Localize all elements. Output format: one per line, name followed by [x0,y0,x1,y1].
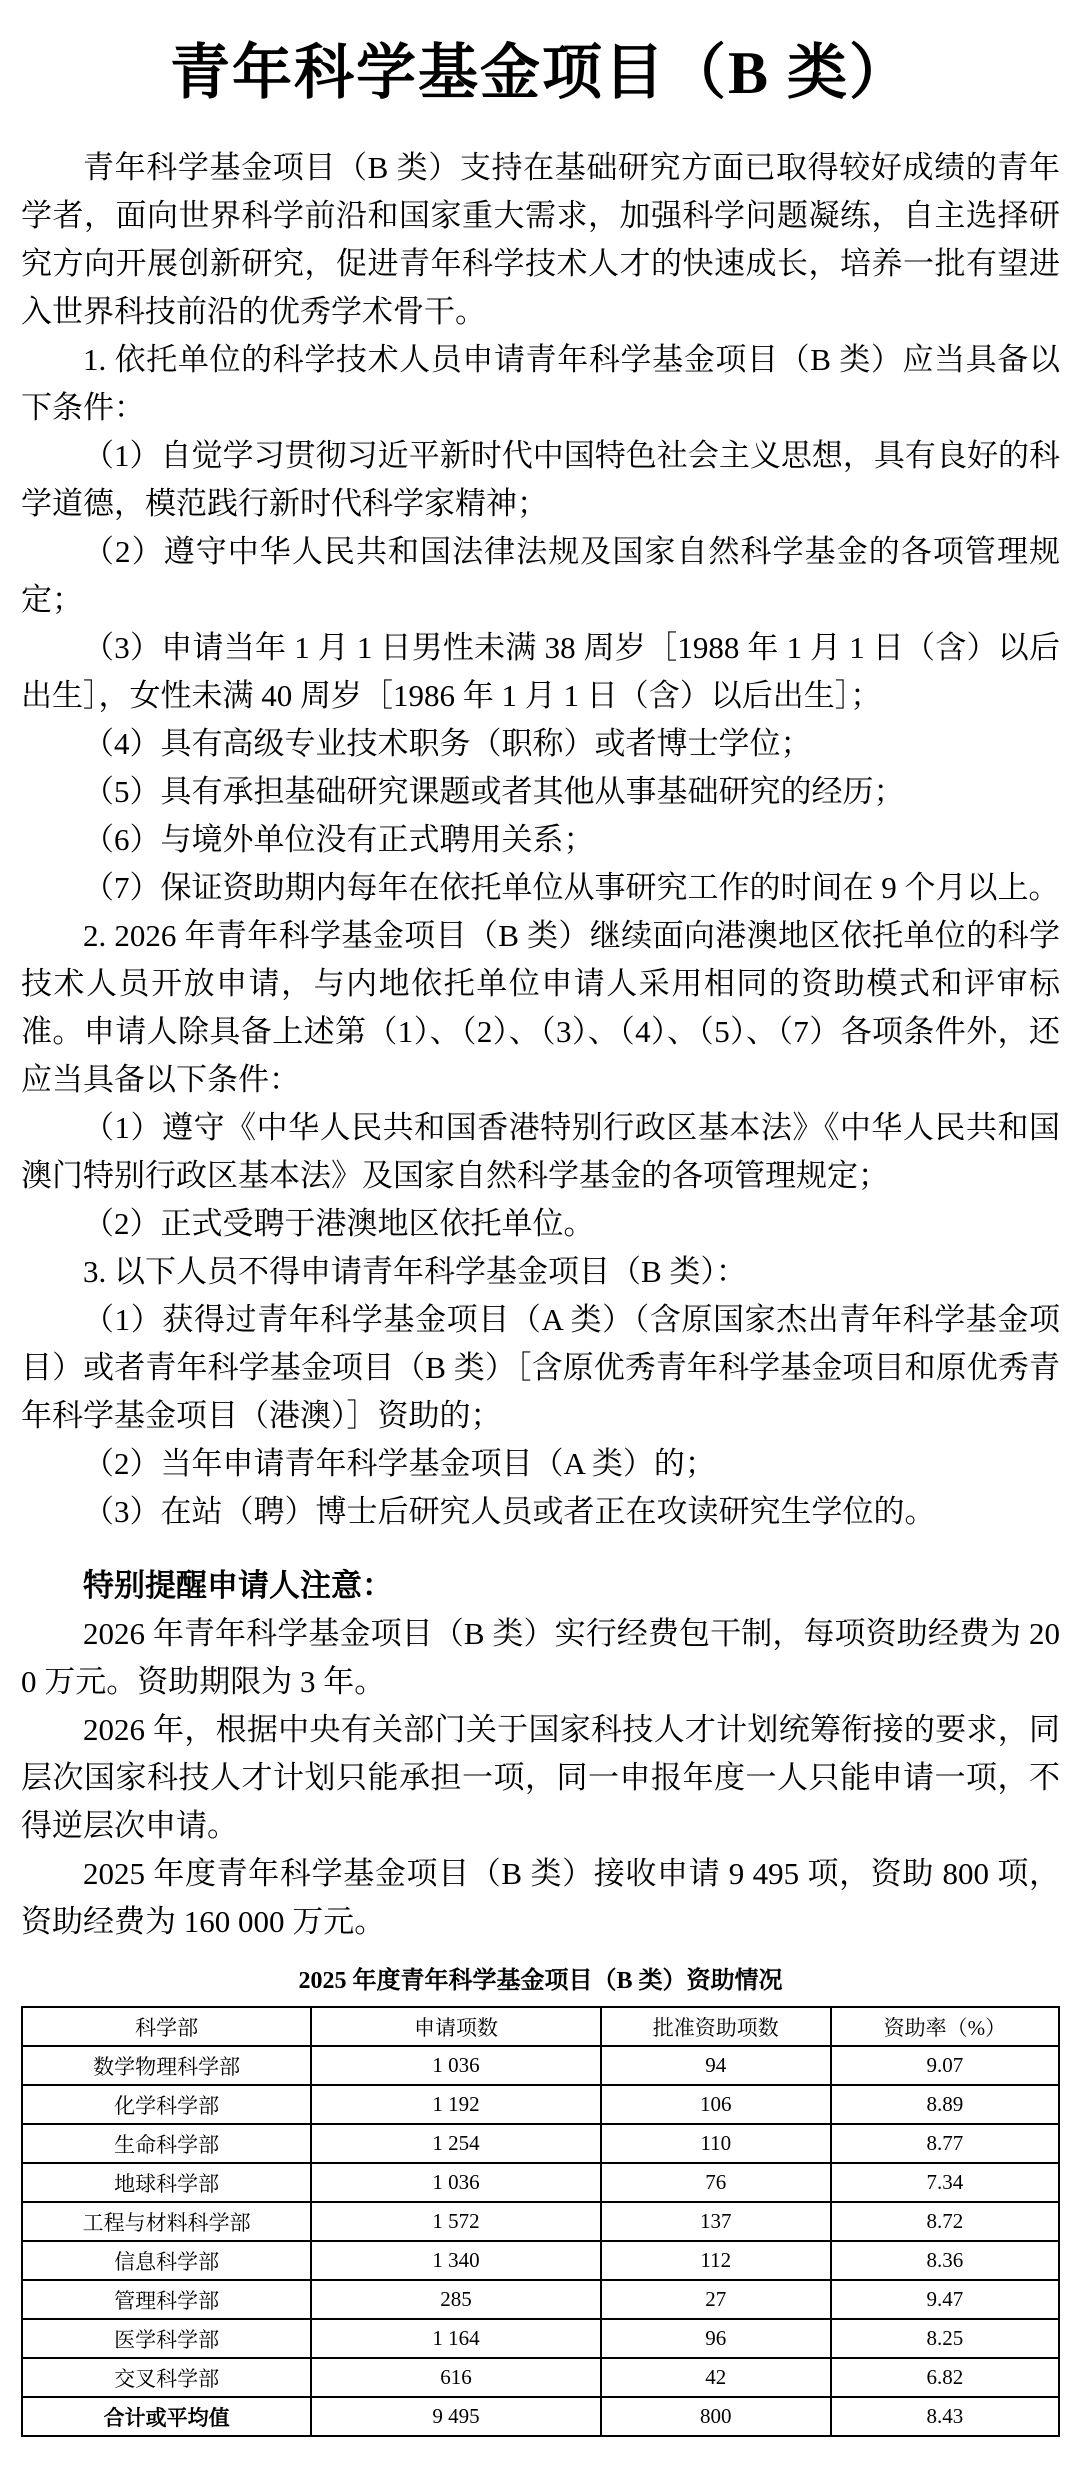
column-header: 资助率（%） [831,2007,1059,2046]
table-cell: 1 572 [311,2202,600,2241]
paragraph: 青年科学基金项目（B 类）支持在基础研究方面已取得较好成绩的青年学者，面向世界科… [21,144,1060,336]
paragraph: （2）遵守中华人民共和国法律法规及国家自然科学基金的各项管理规定； [21,528,1060,624]
funding-table-body: 数学物理科学部1 036949.07化学科学部1 1921068.89生命科学部… [22,2046,1059,2436]
table-cell row-label: 数学物理科学部 [22,2046,311,2085]
paragraph: 2025 年度青年科学基金项目（B 类）接收申请 9 495 项，资助 800 … [21,1850,1060,1946]
notice-heading: 特别提醒申请人注意： [21,1562,1060,1610]
table-row: 地球科学部1 036767.34 [22,2163,1059,2202]
header-row: 科学部申请项数批准资助项数资助率（%） [22,2007,1059,2046]
document-body: 青年科学基金项目（B 类）支持在基础研究方面已取得较好成绩的青年学者，面向世界科… [21,144,1060,1536]
table-cell row-label: 交叉科学部 [22,2358,311,2397]
table-cell: 9 495 [311,2397,600,2436]
table-row: 化学科学部1 1921068.89 [22,2085,1059,2124]
table-cell: 7.34 [831,2163,1059,2202]
table-row: 生命科学部1 2541108.77 [22,2124,1059,2163]
table-cell: 8.77 [831,2124,1059,2163]
table-cell: 1 340 [311,2241,600,2280]
table-cell row-label: 化学科学部 [22,2085,311,2124]
document-page: 青年科学基金项目（B 类） 青年科学基金项目（B 类）支持在基础研究方面已取得较… [0,30,1080,2467]
column-header: 批准资助项数 [601,2007,831,2046]
funding-table: 科学部申请项数批准资助项数资助率（%） 数学物理科学部1 036949.07化学… [21,2006,1060,2437]
table-cell: 96 [601,2319,831,2358]
table-cell: 1 192 [311,2085,600,2124]
table-cell: 8.72 [831,2202,1059,2241]
paragraph: （3）申请当年 1 月 1 日男性未满 38 周岁［1988 年 1 月 1 日… [21,624,1060,720]
table-row: 信息科学部1 3401128.36 [22,2241,1059,2280]
table-cell row-label: 管理科学部 [22,2280,311,2319]
table-cell: 76 [601,2163,831,2202]
table-cell: 1 164 [311,2319,600,2358]
table-cell row-label: 地球科学部 [22,2163,311,2202]
table-cell: 1 036 [311,2046,600,2085]
table-cell: 8.43 [831,2397,1059,2436]
table-cell: 6.82 [831,2358,1059,2397]
paragraph: （1）获得过青年科学基金项目（A 类）（含原国家杰出青年科学基金项目）或者青年科… [21,1296,1060,1440]
paragraph: 2026 年青年科学基金项目（B 类）实行经费包干制，每项资助经费为 200 万… [21,1610,1060,1706]
table-cell: 94 [601,2046,831,2085]
paragraph: 2026 年，根据中央有关部门关于国家科技人才计划统筹衔接的要求，同层次国家科技… [21,1706,1060,1850]
table-row: 工程与材料科学部1 5721378.72 [22,2202,1059,2241]
table-cell: 112 [601,2241,831,2280]
document-title: 青年科学基金项目（B 类） [21,30,1060,116]
paragraph: （1）遵守《中华人民共和国香港特别行政区基本法》《中华人民共和国澳门特别行政区基… [21,1104,1060,1200]
table-cell: 106 [601,2085,831,2124]
paragraph: （7）保证资助期内每年在依托单位从事研究工作的时间在 9 个月以上。 [21,864,1060,912]
table-title: 2025 年度青年科学基金项目（B 类）资助情况 [21,1966,1060,1996]
table-cell: 1 036 [311,2163,600,2202]
table-cell row-label: 信息科学部 [22,2241,311,2280]
table-row: 管理科学部285279.47 [22,2280,1059,2319]
table-row: 医学科学部1 164968.25 [22,2319,1059,2358]
table-row: 交叉科学部616426.82 [22,2358,1059,2397]
table-cell row-label: 合计或平均值 [22,2397,311,2436]
table-row: 数学物理科学部1 036949.07 [22,2046,1059,2085]
total-row: 合计或平均值9 4958008.43 [22,2397,1059,2436]
table-cell: 1 254 [311,2124,600,2163]
table-cell: 616 [311,2358,600,2397]
column-header: 科学部 [22,2007,311,2046]
table-cell: 8.89 [831,2085,1059,2124]
table-cell: 8.36 [831,2241,1059,2280]
paragraph: （3）在站（聘）博士后研究人员或者正在攻读研究生学位的。 [21,1488,1060,1536]
table-cell: 800 [601,2397,831,2436]
paragraph: 3. 以下人员不得申请青年科学基金项目（B 类）： [21,1248,1060,1296]
table-cell: 27 [601,2280,831,2319]
funding-table-head: 科学部申请项数批准资助项数资助率（%） [22,2007,1059,2046]
table-cell: 9.07 [831,2046,1059,2085]
paragraph: （2）当年申请青年科学基金项目（A 类）的； [21,1440,1060,1488]
paragraph: （1）自觉学习贯彻习近平新时代中国特色社会主义思想，具有良好的科学道德，模范践行… [21,432,1060,528]
table-cell: 8.25 [831,2319,1059,2358]
table-cell: 9.47 [831,2280,1059,2319]
table-cell row-label: 工程与材料科学部 [22,2202,311,2241]
paragraph: （6）与境外单位没有正式聘用关系； [21,816,1060,864]
table-cell: 110 [601,2124,831,2163]
paragraph: （2）正式受聘于港澳地区依托单位。 [21,1200,1060,1248]
table-cell: 42 [601,2358,831,2397]
notice-body: 2026 年青年科学基金项目（B 类）实行经费包干制，每项资助经费为 200 万… [21,1610,1060,1946]
paragraph: （5）具有承担基础研究课题或者其他从事基础研究的经历； [21,768,1060,816]
table-cell row-label: 生命科学部 [22,2124,311,2163]
paragraph: 2. 2026 年青年科学基金项目（B 类）继续面向港澳地区依托单位的科学技术人… [21,912,1060,1104]
table-cell: 285 [311,2280,600,2319]
table-cell row-label: 医学科学部 [22,2319,311,2358]
table-cell: 137 [601,2202,831,2241]
paragraph: （4）具有高级专业技术职务（职称）或者博士学位； [21,720,1060,768]
column-header: 申请项数 [311,2007,600,2046]
paragraph: 1. 依托单位的科学技术人员申请青年科学基金项目（B 类）应当具备以下条件： [21,336,1060,432]
